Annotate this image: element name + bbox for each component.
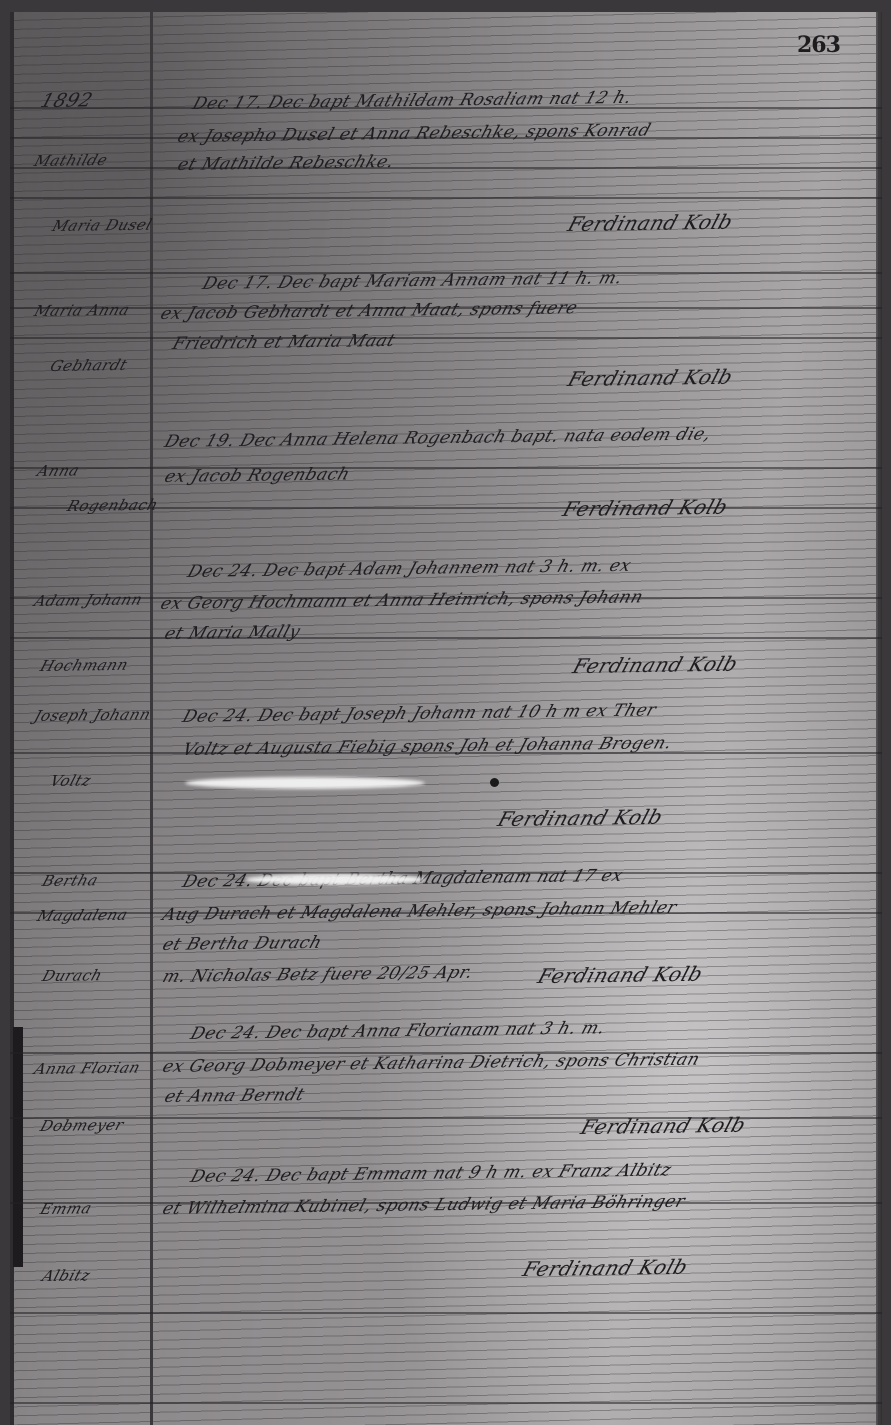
entry-line: Dec 24. Dec bapt Joseph Johann nat 10 h …: [180, 700, 659, 727]
correction-fluid-mark: [245, 874, 425, 885]
priest-signature: Ferdinand Kolb: [565, 365, 736, 391]
margin-name: Dobmeyer: [38, 1116, 126, 1135]
entry-line: Dec 17. Dec bapt Mathildam Rosaliam nat …: [190, 88, 634, 114]
ruled-line: [10, 197, 882, 199]
entry-line: ex Jacob Rogenbach: [162, 464, 353, 487]
priest-signature: Ferdinand Kolb: [495, 805, 666, 831]
binding-strip: [13, 1027, 23, 1267]
margin-name: Anna Florian: [32, 1059, 143, 1078]
right-column-divider: [878, 12, 880, 1425]
margin-name: Mathilde: [32, 151, 110, 170]
priest-signature: Ferdinand Kolb: [570, 652, 741, 678]
margin-name: Magdalena: [35, 906, 130, 925]
year-header: 1892: [38, 89, 95, 112]
entry-line: Dec 24. Dec bapt Emmam nat 9 h m. ex Fra…: [188, 1160, 674, 1187]
ruled-line: [10, 167, 882, 169]
entry-line: Aug Durach et Magdalena Mehler, spons Jo…: [160, 898, 679, 925]
ruled-line: [10, 637, 882, 639]
entry-line: et Bertha Durach: [160, 933, 325, 955]
margin-name: Bertha: [40, 871, 101, 890]
entry-line: et Anna Berndt: [162, 1085, 307, 1107]
entry-line: et Mathilde Rebeschke.: [175, 152, 397, 175]
ink-blot: [490, 778, 499, 787]
entry-line: Friedrich et Maria Maat: [170, 331, 398, 354]
priest-signature: Ferdinand Kolb: [560, 495, 731, 521]
entry-line: m. Nicholas Betz fuere 20/25 Apr.: [160, 963, 476, 987]
page-number: 263: [797, 32, 840, 58]
entry-line: ex Georg Hochmann et Anna Heinrich, spon…: [158, 587, 646, 614]
margin-name: Hochmann: [38, 656, 131, 675]
margin-name: Anna: [35, 461, 82, 480]
entry-line: ex Jacob Gebhardt et Anna Maat, spons fu…: [158, 298, 580, 324]
margin-name: Voltz: [48, 771, 93, 790]
margin-name: Gebhardt: [48, 356, 130, 375]
entry-line: Dec 24. Dec bapt Anna Florianam nat 3 h.…: [188, 1018, 608, 1044]
register-page: 263 1892 Mathilde Maria Dusel Dec 17. De…: [10, 12, 882, 1425]
priest-signature: Ferdinand Kolb: [520, 1255, 691, 1281]
correction-fluid-mark: [185, 777, 425, 789]
ruled-line: [10, 1312, 882, 1314]
entry-line: ex Josepho Dusel et Anna Rebeschke, spon…: [175, 120, 654, 147]
margin-name: Durach: [40, 966, 105, 985]
margin-name: Maria Anna: [32, 301, 132, 320]
ruled-line: [10, 467, 882, 469]
margin-name: Emma: [38, 1199, 94, 1218]
ruled-line: [10, 1402, 882, 1404]
margin-name: Maria Dusel: [50, 216, 155, 235]
entry-line: Dec 19. Dec Anna Helena Rogenbach bapt. …: [162, 424, 714, 452]
margin-name: Adam Johann: [32, 591, 145, 610]
priest-signature: Ferdinand Kolb: [535, 962, 706, 988]
ruled-line: [10, 1117, 882, 1119]
priest-signature: Ferdinand Kolb: [565, 210, 736, 236]
entry-line: Dec 24. Dec bapt Adam Johannem nat 3 h. …: [185, 556, 634, 582]
priest-signature: Ferdinand Kolb: [578, 1113, 749, 1139]
margin-name: Joseph Johann: [32, 705, 153, 725]
entry-line: Voltz et Augusta Fiebig spons Joh et Joh…: [180, 733, 675, 760]
ruled-line: [10, 337, 882, 339]
margin-name: Albitz: [40, 1266, 93, 1285]
margin-name: Rogenbach: [65, 496, 161, 515]
entry-line: et Wilhelmina Kubinel, spons Ludwig et M…: [160, 1192, 688, 1219]
entry-line: et Maria Mally: [162, 622, 303, 644]
